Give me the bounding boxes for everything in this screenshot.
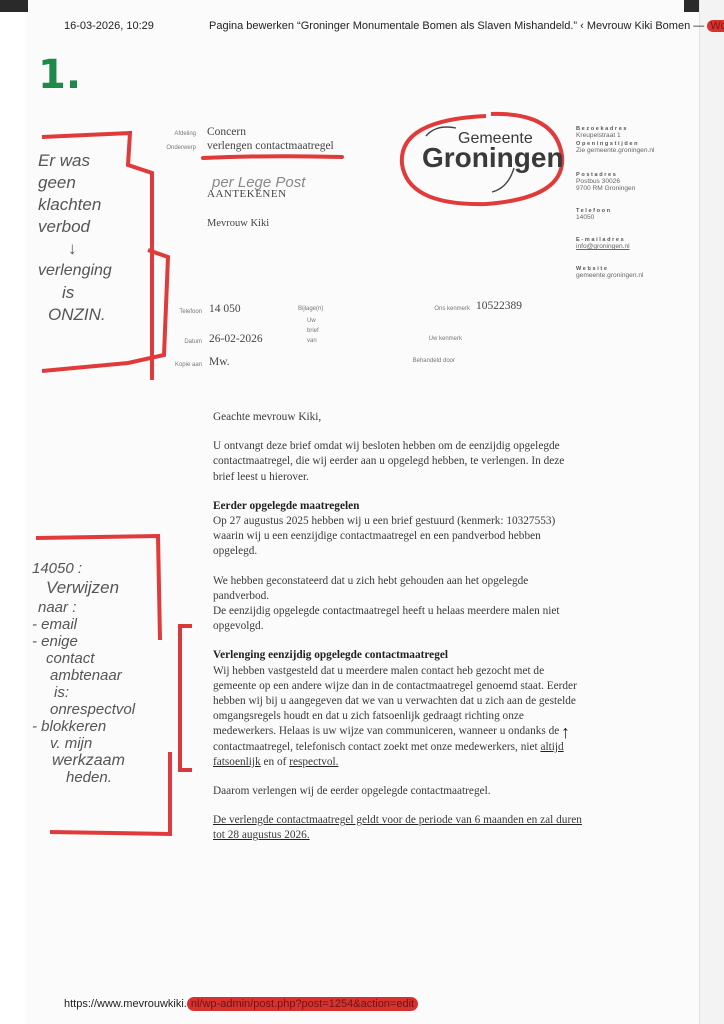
note-line: werkzaam xyxy=(32,752,135,769)
handwritten-note-2: 14050 : Verwijzen naar : - email - enige… xyxy=(32,560,135,786)
arrow-up-icon: ↑ xyxy=(561,722,570,743)
contact-line: Zie gemeente.groningen.nl xyxy=(576,147,686,154)
note-line: is: xyxy=(32,684,135,701)
scan-edge xyxy=(0,0,28,12)
note-line: naar : xyxy=(32,599,135,616)
email-link[interactable]: info@groningen.nl xyxy=(576,243,686,250)
bijlagen-label: Bijlage(n) xyxy=(298,306,323,312)
underlined-text: respectvol. xyxy=(289,756,338,768)
contact-postadres: Postadres Postbus 30026 9700 RM Groninge… xyxy=(576,172,686,192)
redacted-text: nl/wp-admin/post.php?post=1254&action=ed… xyxy=(187,997,418,1011)
note-line: - enige xyxy=(32,633,135,650)
note-line: 14050 : xyxy=(32,560,135,577)
note-line: klachten xyxy=(38,194,112,216)
paragraph-text: en of xyxy=(261,756,290,768)
note-line: Verwijzen xyxy=(32,577,135,599)
contact-website: Website gemeente.groningen.nl xyxy=(576,266,686,279)
ons-kenmerk-label: Ons kenmerk xyxy=(400,306,470,312)
onderwerp-label: Onderwerp xyxy=(140,145,196,151)
recipient-name: Mevrouw Kiki xyxy=(207,218,269,229)
note-line: Er was xyxy=(38,150,112,172)
paragraph-text: Wij hebben vastgesteld dat u meerdere ma… xyxy=(213,665,577,753)
contact-line: Kreupelstraat 1 xyxy=(576,132,686,139)
note-line: geen xyxy=(38,172,112,194)
uw-brief-label: Uw brief van xyxy=(307,316,327,346)
contact-sidebar: Bezoekadres Kreupelstraat 1 Openingstijd… xyxy=(576,126,686,279)
note-line: v. mijn xyxy=(32,735,135,752)
conclusion-paragraph: Daarom verlengen wij de eerder opgelegde… xyxy=(213,784,583,799)
print-title-text: Pagina bewerken “Groninger Monumentale B… xyxy=(209,20,704,32)
section1-paragraph-3: De eenzijdig opgelegde contactmaatregel … xyxy=(213,604,583,634)
contact-telefoon: Telefoon 14050 xyxy=(576,208,686,221)
section1-paragraph-2: We hebben geconstateerd dat u zich hebt … xyxy=(213,574,583,604)
section-title: Eerder opgelegde maatregelen xyxy=(213,500,359,512)
note-line: heden. xyxy=(32,769,135,786)
kopie-value: Mw. xyxy=(209,356,230,368)
note-line: - blokkeren xyxy=(32,718,135,735)
telefoon-label: Telefoon xyxy=(140,309,202,315)
note-line: verlenging xyxy=(38,260,112,282)
note-line: ONZIN. xyxy=(38,304,112,326)
onderwerp-value: verlengen contactmaatregel xyxy=(207,140,334,152)
final-paragraph: De verlengde contactmaatregel geldt voor… xyxy=(213,813,583,843)
datum-value: 26-02-2026 xyxy=(209,333,263,345)
telefoon-value: 14 050 xyxy=(209,303,241,315)
note-line: ambtenaar xyxy=(32,667,135,684)
gemeente-groningen-logo: Gemeente Groningen xyxy=(396,106,568,208)
note-line: onrespectvol xyxy=(32,701,135,718)
afdeling-value: Concern xyxy=(207,126,246,138)
note-line: - email xyxy=(32,616,135,633)
note-line: verbod xyxy=(38,216,112,238)
contact-line: 14050 xyxy=(576,214,686,221)
print-footer-url: https://www.mevrouwkiki.nl/wp-admin/post… xyxy=(64,998,418,1010)
intro-paragraph: U ontvangt deze brief omdat wij besloten… xyxy=(213,439,583,485)
ons-kenmerk-value: 10522389 xyxy=(476,300,522,312)
contact-bezoekadres: Bezoekadres Kreupelstraat 1 xyxy=(576,126,686,139)
website-link[interactable]: gemeente.groningen.nl xyxy=(576,272,686,279)
redacted-text: WordPress xyxy=(707,20,724,32)
handwritten-note-1: Er was geen klachten verbod ↓ verlenging… xyxy=(38,150,112,326)
contact-line: 9700 RM Groningen xyxy=(576,185,686,192)
url-text: https://www.mevrouwkiki. xyxy=(64,998,187,1010)
letter-body: Geachte mevrouw Kiki, U ontvangt deze br… xyxy=(213,410,583,844)
scan-margin-right xyxy=(699,0,724,1024)
uw-kenmerk-label: Uw kenmerk xyxy=(400,336,462,342)
afdeling-label: Afdeling xyxy=(140,131,196,137)
note-line: is xyxy=(38,282,112,304)
logo-text-bottom: Groningen xyxy=(422,142,564,174)
section2-paragraph: Wij hebben vastgesteld dat u meerdere ma… xyxy=(213,664,583,770)
underline-mark xyxy=(200,152,350,164)
datum-label: Datum xyxy=(140,339,202,345)
arrow-down-icon: ↓ xyxy=(38,238,112,260)
print-datetime: 16-03-2026, 10:29 xyxy=(64,20,154,32)
salutation: Geachte mevrouw Kiki, xyxy=(213,410,583,425)
contact-openingstijden: Openingstijden Zie gemeente.groningen.nl xyxy=(576,141,686,154)
section-title: Verlenging eenzijdig opgelegde contactma… xyxy=(213,649,448,661)
page-number-mark: 1. xyxy=(38,52,81,98)
print-page-title: Pagina bewerken “Groninger Monumentale B… xyxy=(209,20,724,32)
contact-line: Postbus 30026 xyxy=(576,178,686,185)
kopie-label: Kopie aan xyxy=(140,362,202,368)
behandeld-label: Behandeld door xyxy=(393,358,455,364)
note-line: contact xyxy=(32,650,135,667)
section1-paragraph: Op 27 augustus 2025 hebben wij u een bri… xyxy=(213,514,583,560)
mail-type: AANTEKENEN xyxy=(207,188,287,200)
contact-email: E-mailadres info@groningen.nl xyxy=(576,237,686,250)
